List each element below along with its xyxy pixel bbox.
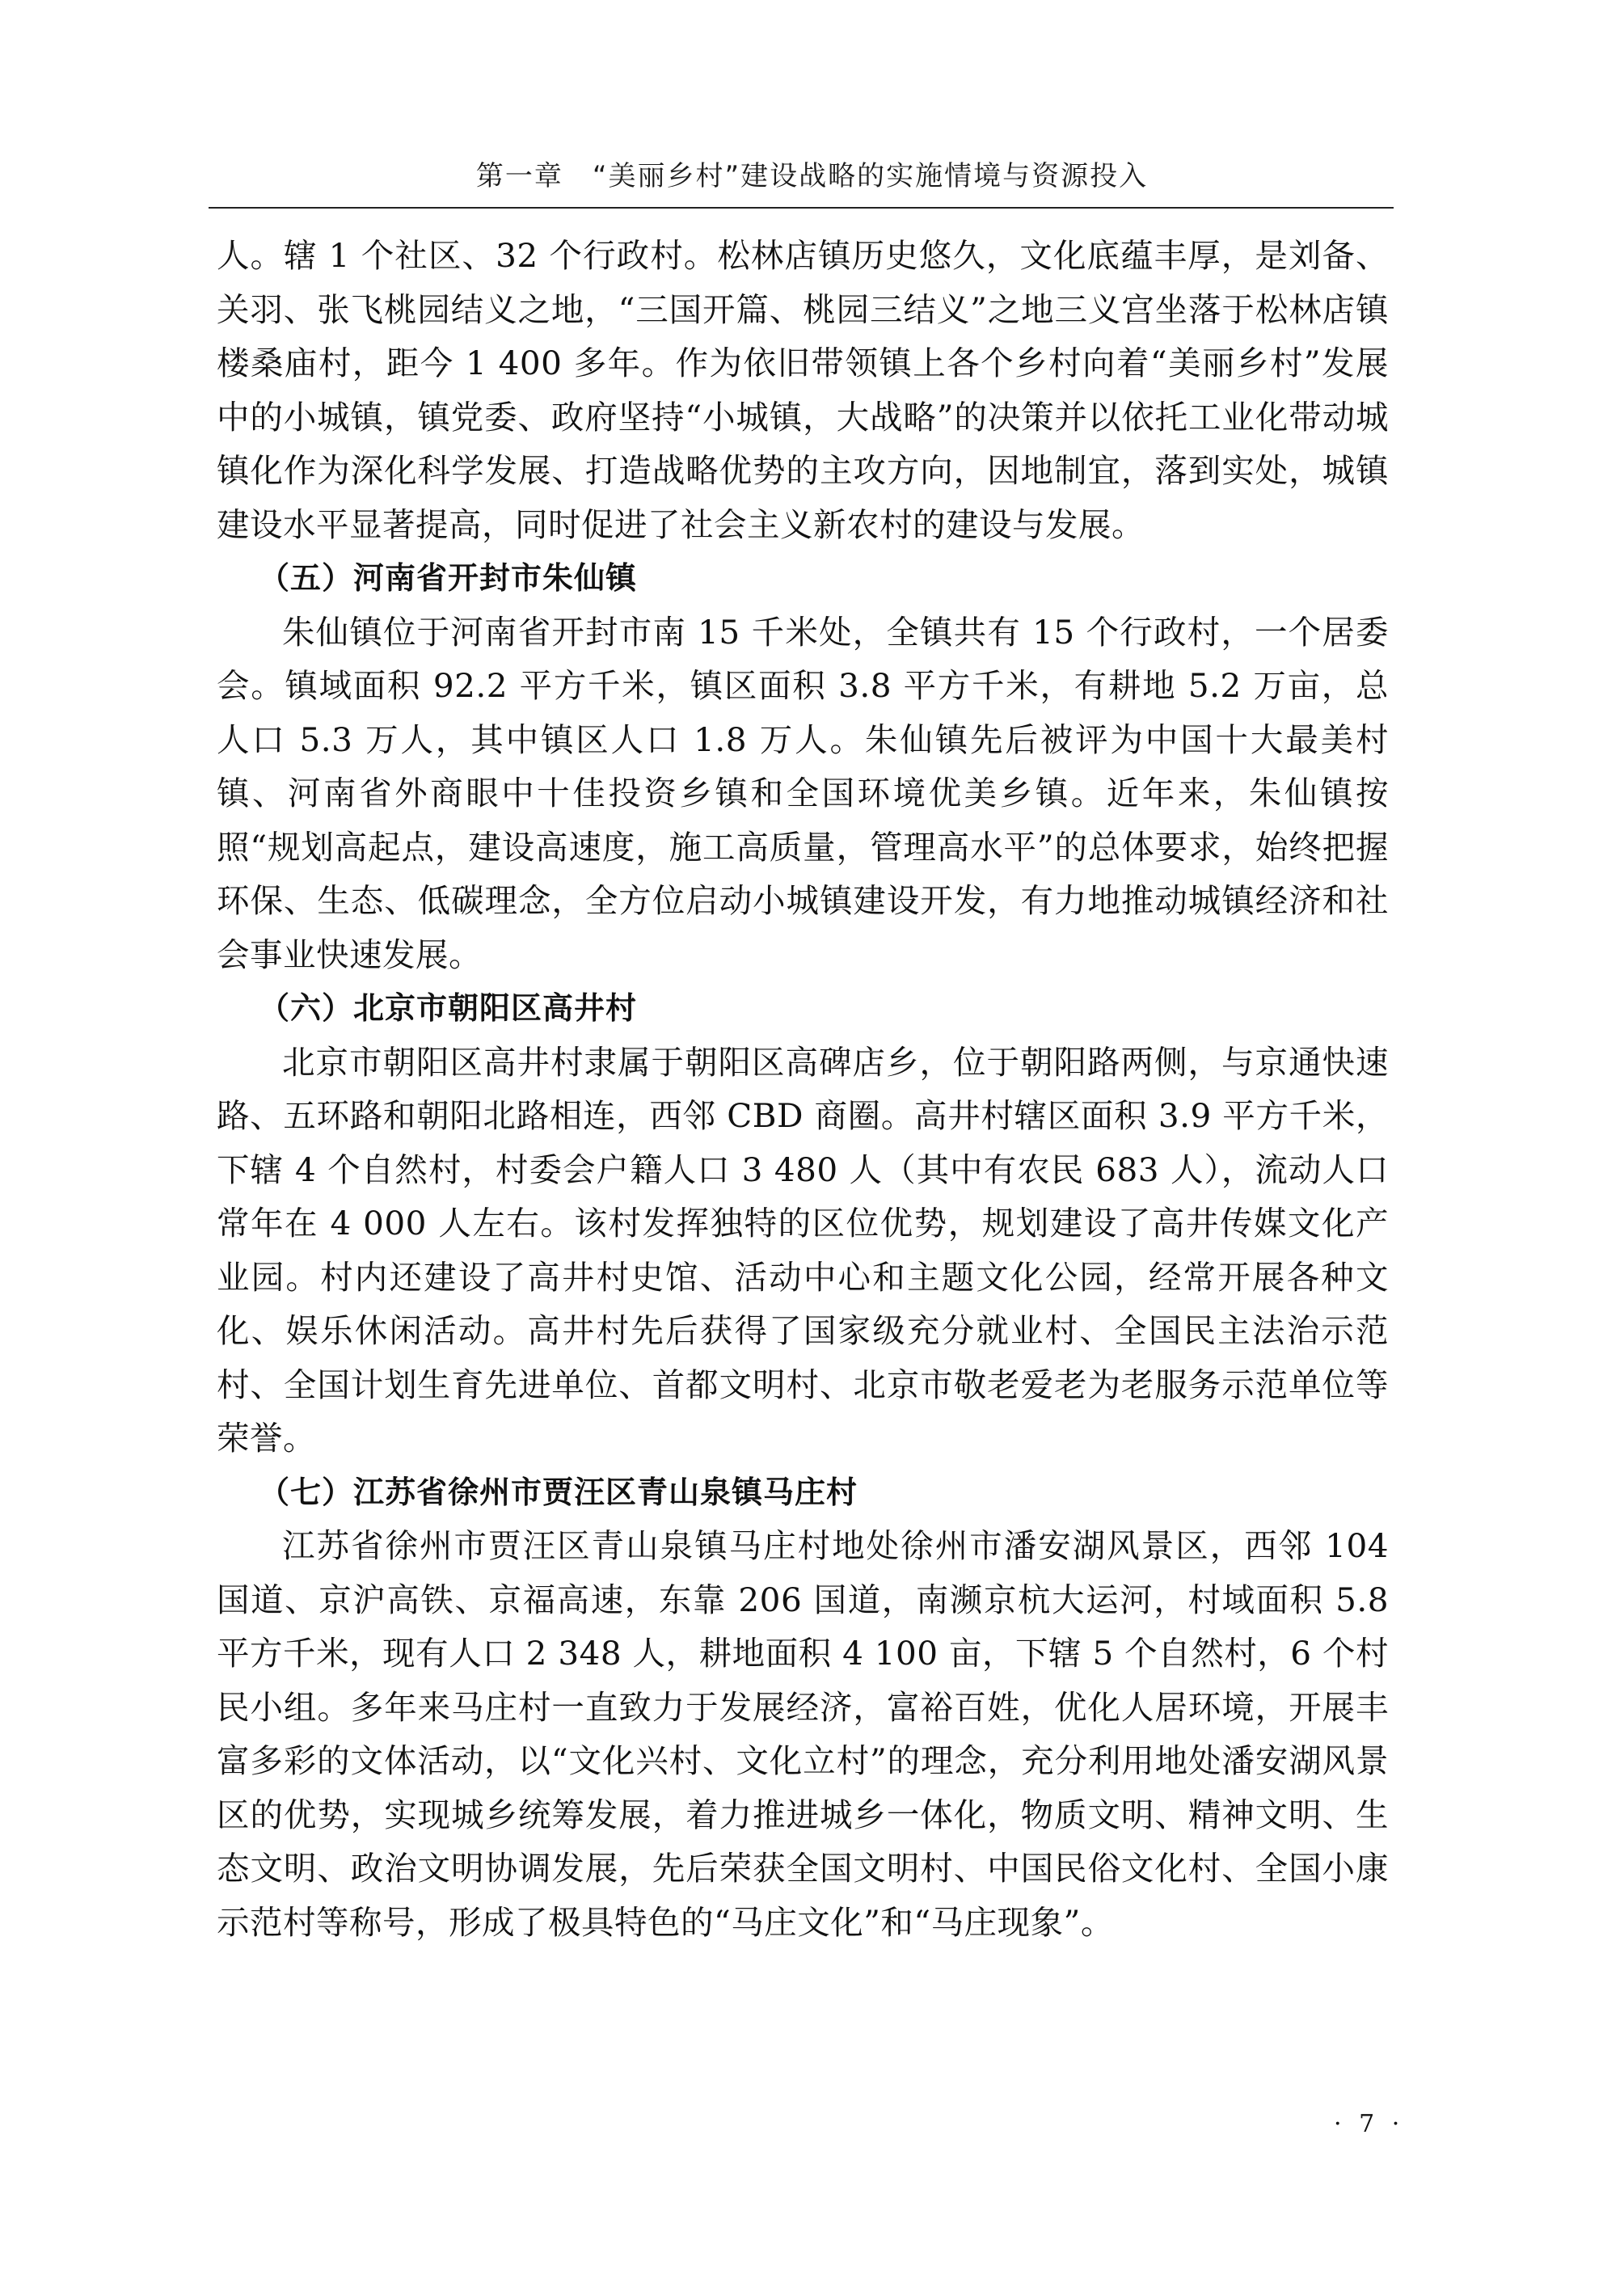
section-heading-6: （六）北京市朝阳区高井村 — [217, 981, 1389, 1036]
section-paragraph-7: 江苏省徐州市贾汪区青山泉镇马庄村地处徐州市潘安湖风景区，西邻 104 国道、京沪… — [217, 1519, 1389, 1949]
running-header: 第一章 “美丽乡村”建设战略的实施情境与资源投入 — [0, 154, 1624, 193]
section-heading-5: （五）河南省开封市朱仙镇 — [217, 551, 1389, 605]
book-page: 第一章 “美丽乡村”建设战略的实施情境与资源投入 人。辖 1 个社区、32 个行… — [0, 0, 1624, 2291]
paragraph-continued: 人。辖 1 个社区、32 个行政村。松林店镇历史悠久，文化底蕴丰厚，是刘备、关羽… — [217, 229, 1389, 551]
body-text: 人。辖 1 个社区、32 个行政村。松林店镇历史悠久，文化底蕴丰厚，是刘备、关羽… — [217, 229, 1389, 1949]
section-paragraph-5: 朱仙镇位于河南省开封市南 15 千米处，全镇共有 15 个行政村，一个居委会。镇… — [217, 605, 1389, 982]
page-number: · 7 · — [1334, 2110, 1404, 2138]
section-heading-7: （七）江苏省徐州市贾汪区青山泉镇马庄村 — [217, 1466, 1389, 1520]
section-paragraph-6: 北京市朝阳区高井村隶属于朝阳区高碑店乡，位于朝阳路两侧，与京通快速路、五环路和朝… — [217, 1036, 1389, 1466]
header-rule — [209, 207, 1394, 209]
